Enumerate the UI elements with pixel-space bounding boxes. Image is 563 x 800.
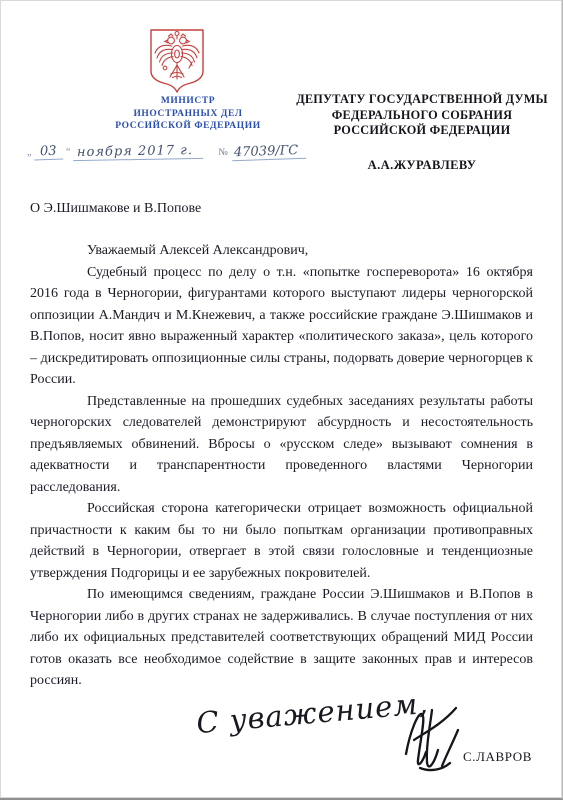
letterhead-line-1: МИНИСТР: [88, 95, 288, 108]
printed-open-quote: „: [27, 148, 31, 160]
number-sign: №: [206, 147, 229, 160]
letterhead-title: МИНИСТР ИНОСТРАННЫХ ДЕЛ РОССИЙСКОЙ ФЕДЕР…: [88, 95, 288, 133]
addressee-line-2: ФЕДЕРАЛЬНОГО СОБРАНИЯ: [293, 108, 551, 124]
letterhead-line-2: ИНОСТРАННЫХ ДЕЛ: [88, 108, 288, 121]
coat-of-arms-eagle-icon: [147, 27, 207, 95]
body-paragraph-1: Судебный процесс по делу о т.н. «попытке…: [30, 262, 533, 391]
printed-close-quote: “: [66, 148, 70, 160]
addressee-line-3: РОССИЙСКОЙ ФЕДЕРАЦИИ: [293, 123, 551, 139]
handwritten-month-year: ноября 2017 г.: [73, 143, 203, 161]
greeting-line: Уважаемый Алексей Александрович,: [30, 240, 533, 262]
letterhead-line-3: РОССИЙСКОЙ ФЕДЕРАЦИИ: [88, 120, 288, 133]
body-paragraph-4: По имеющимся сведениям, граждане России …: [30, 584, 533, 692]
date-number-line: „ 03 “ ноября 2017 г. № 47039/ГС: [27, 140, 287, 160]
addressee-name: А.А.ЖУРАВЛЕВУ: [293, 158, 551, 174]
scanned-letter-page: МИНИСТР ИНОСТРАННЫХ ДЕЛ РОССИЙСКОЙ ФЕДЕР…: [0, 0, 563, 800]
addressee-block: ДЕПУТАТУ ГОСУДАРСТВЕННОЙ ДУМЫ ФЕДЕРАЛЬНО…: [293, 92, 551, 173]
valediction-handwriting: С уважением,: [195, 686, 430, 740]
signer-name: С.ЛАВРОВ: [463, 749, 532, 765]
addressee-line-1: ДЕПУТАТУ ГОСУДАРСТВЕННОЙ ДУМЫ: [293, 92, 551, 108]
signature-scribble-icon: [398, 702, 464, 776]
subject-line: О Э.Шишмакове и В.Попове: [30, 201, 201, 217]
body-paragraph-2: Представленные на прошедших судебных зас…: [30, 391, 533, 499]
letter-body: Уважаемый Алексей Александрович, Судебны…: [30, 240, 533, 692]
body-paragraph-3: Российская сторона категорически отрицае…: [30, 498, 533, 584]
handwritten-day: 03: [34, 144, 63, 161]
